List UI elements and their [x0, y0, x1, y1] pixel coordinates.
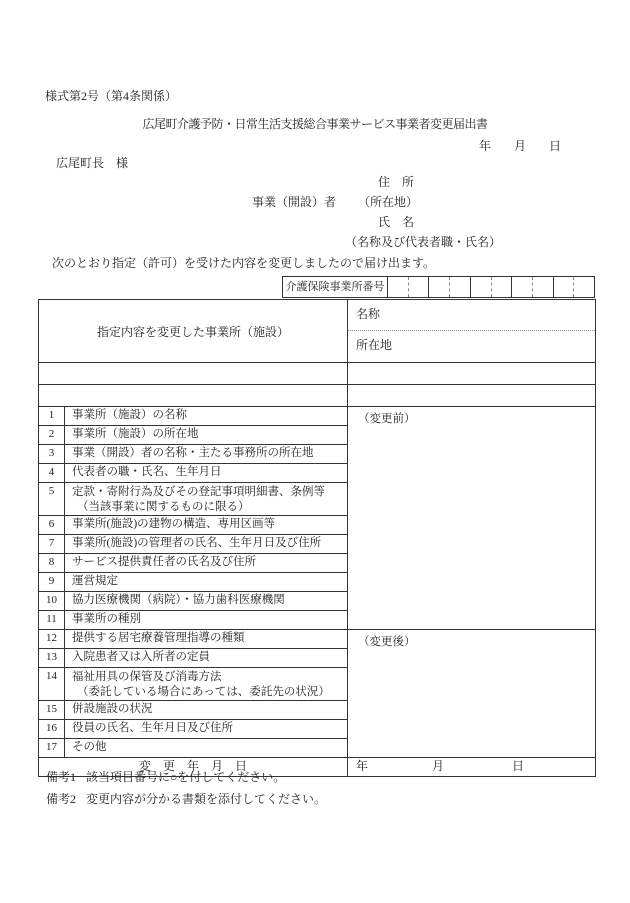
insurance-office-number-strip: 介護保険事業所番号 [282, 276, 595, 298]
submission-date-line: 年 月 日 [479, 139, 561, 153]
item-row-13: 13 入院患者又は入所者の定員 [39, 648, 347, 667]
item-label: その他 [65, 739, 347, 757]
item-number[interactable]: 3 [39, 445, 65, 463]
change-after-label: （変更後） [358, 636, 416, 648]
applicant-operator-label: 事業（開設）者 [252, 195, 336, 209]
declaration-sentence: 次のとおり指定（許可）を受けた内容を変更しましたので届け出ます。 [52, 256, 435, 270]
item-number[interactable]: 15 [39, 701, 65, 719]
item-label: 代表者の職・氏名、生年月日 [65, 464, 347, 482]
item-label: 入院患者又は入所者の定員 [65, 649, 347, 667]
insurance-office-number-label: 介護保険事業所番号 [282, 276, 388, 298]
item-row-14: 14 福祉用具の保管及び消毒方法 （委託している場合にあっては、委託先の状況） [39, 667, 347, 700]
addressee: 広尾町長 様 [56, 156, 128, 170]
change-before-label: （変更前） [358, 413, 416, 425]
item-row-1: 1 事業所（施設）の名称 [39, 406, 347, 425]
office-number-digit-cell[interactable] [449, 277, 470, 297]
office-address-field[interactable]: 所在地 [348, 331, 595, 362]
office-number-digit-cell[interactable] [491, 277, 512, 297]
office-number-digit-cell[interactable] [388, 277, 408, 297]
document-title: 広尾町介護予防・日常生活支援総合事業サービス事業者変更届出書 [0, 117, 630, 131]
item-row-17: 17 その他 [39, 738, 347, 757]
office-number-digit-cell[interactable] [553, 277, 574, 297]
item-number[interactable]: 10 [39, 592, 65, 610]
item-label: 福祉用具の保管及び消毒方法 （委託している場合にあっては、委託先の状況） [65, 668, 347, 700]
blank-fill-row[interactable] [348, 362, 595, 384]
item-row-9: 9 運営規定 [39, 572, 347, 591]
item-row-16: 16 役員の氏名、生年月日及び住所 [39, 719, 347, 738]
change-date-day-label: 日 [512, 758, 524, 776]
office-number-digit-cell[interactable] [532, 277, 553, 297]
form-page: 様式第2号（第4条関係） 広尾町介護予防・日常生活支援総合事業サービス事業者変更… [0, 0, 630, 903]
item-number[interactable]: 14 [39, 668, 65, 700]
item-number[interactable]: 8 [39, 554, 65, 572]
item-number[interactable]: 16 [39, 720, 65, 738]
item-row-2: 2 事業所（施設）の所在地 [39, 425, 347, 444]
item-row-15: 15 併設施設の状況 [39, 700, 347, 719]
item-label: 事業所(施設)の建物の構造、専用区画等 [65, 516, 347, 534]
item-label: 併設施設の状況 [65, 701, 347, 719]
item-label: サービス提供責任者の氏名及び住所 [65, 554, 347, 572]
item-row-4: 4 代表者の職・氏名、生年月日 [39, 463, 347, 482]
office-number-digit-cell[interactable] [573, 277, 594, 297]
change-date-year-label: 年 [356, 758, 368, 776]
item-row-5: 5 定款・寄附行為及びその登記事項明細書、条例等 （当該事業に関するものに限る） [39, 482, 347, 515]
note-2: 備考2変更内容が分かる書類を添付してください。 [46, 792, 326, 806]
date-month-label[interactable]: 月 [514, 139, 526, 153]
item-label: 提供する居宅療養管理指導の種類 [65, 630, 347, 648]
item-number[interactable]: 5 [39, 483, 65, 515]
date-day-label[interactable]: 日 [549, 139, 561, 153]
change-after-area[interactable]: （変更後） [348, 629, 595, 757]
changed-office-header-label: 指定内容を変更した事業所（施設） [39, 300, 347, 362]
note-2-label: 備考2 [46, 792, 76, 806]
item-row-10: 10 協力医療機関（病院）・協力歯科医療機関 [39, 591, 347, 610]
note-1: 備考1該当項目番号に○を付してください。 [46, 770, 285, 784]
item-label: 事業所(施設)の管理者の氏名、生年月日及び住所 [65, 535, 347, 553]
item-number[interactable]: 9 [39, 573, 65, 591]
item-row-7: 7 事業所(施設)の管理者の氏名、生年月日及び住所 [39, 534, 347, 553]
insurance-office-number-cells [388, 276, 595, 298]
item-number[interactable]: 12 [39, 630, 65, 648]
blank-fill-row[interactable] [39, 362, 347, 384]
table-left-column: 指定内容を変更した事業所（施設） 1 事業所（施設）の名称 2 事業所（施設）の… [39, 300, 348, 776]
item-row-8: 8 サービス提供責任者の氏名及び住所 [39, 553, 347, 572]
item-row-12: 12 提供する居宅療養管理指導の種類 [39, 629, 347, 648]
applicant-location-label: （所在地） [358, 195, 418, 209]
change-before-area[interactable]: （変更前） [348, 406, 595, 629]
item-number[interactable]: 7 [39, 535, 65, 553]
item-label: 定款・寄附行為及びその登記事項明細書、条例等 （当該事業に関するものに限る） [65, 483, 347, 515]
item-number[interactable]: 13 [39, 649, 65, 667]
note-1-text: 該当項目番号に○を付してください。 [86, 770, 285, 784]
change-date-month-label: 月 [432, 758, 444, 776]
office-name-field[interactable]: 名称 [348, 300, 595, 331]
change-items-table: 指定内容を変更した事業所（施設） 1 事業所（施設）の名称 2 事業所（施設）の… [38, 299, 596, 777]
office-number-digit-cell[interactable] [408, 277, 429, 297]
item-number[interactable]: 17 [39, 739, 65, 757]
note-2-text: 変更内容が分かる書類を添付してください。 [86, 792, 326, 806]
item-number[interactable]: 1 [39, 407, 65, 425]
change-date-field[interactable]: 年 月 日 [348, 757, 595, 776]
item-number[interactable]: 11 [39, 611, 65, 629]
item-row-3: 3 事業（開設）者の名称・主たる事務所の所在地 [39, 444, 347, 463]
note-1-label: 備考1 [46, 770, 76, 784]
table-right-column: 名称 所在地 （変更前） （変更後） 年 月 日 [348, 300, 595, 776]
blank-fill-row[interactable] [348, 384, 595, 406]
applicant-name-label: 氏 名 [378, 215, 414, 229]
item-label: 協力医療機関（病院）・協力歯科医療機関 [65, 592, 347, 610]
office-number-digit-cell[interactable] [470, 277, 491, 297]
item-label: 役員の氏名、生年月日及び住所 [65, 720, 347, 738]
item-number[interactable]: 6 [39, 516, 65, 534]
item-number[interactable]: 2 [39, 426, 65, 444]
item-row-6: 6 事業所(施設)の建物の構造、専用区画等 [39, 515, 347, 534]
date-year-label[interactable]: 年 [479, 139, 491, 153]
form-style-number: 様式第2号（第4条関係） [45, 89, 177, 103]
office-number-digit-cell[interactable] [511, 277, 532, 297]
item-number[interactable]: 4 [39, 464, 65, 482]
applicant-address-label: 住 所 [378, 175, 414, 189]
item-row-11: 11 事業所の種別 [39, 610, 347, 629]
blank-fill-row[interactable] [39, 384, 347, 406]
item-label: 事業（開設）者の名称・主たる事務所の所在地 [65, 445, 347, 463]
item-label: 運営規定 [65, 573, 347, 591]
item-label: 事業所の種別 [65, 611, 347, 629]
item-label: 事業所（施設）の名称 [65, 407, 347, 425]
office-number-digit-cell[interactable] [428, 277, 449, 297]
item-label: 事業所（施設）の所在地 [65, 426, 347, 444]
applicant-name-note: （名称及び代表者職・氏名） [345, 235, 501, 249]
